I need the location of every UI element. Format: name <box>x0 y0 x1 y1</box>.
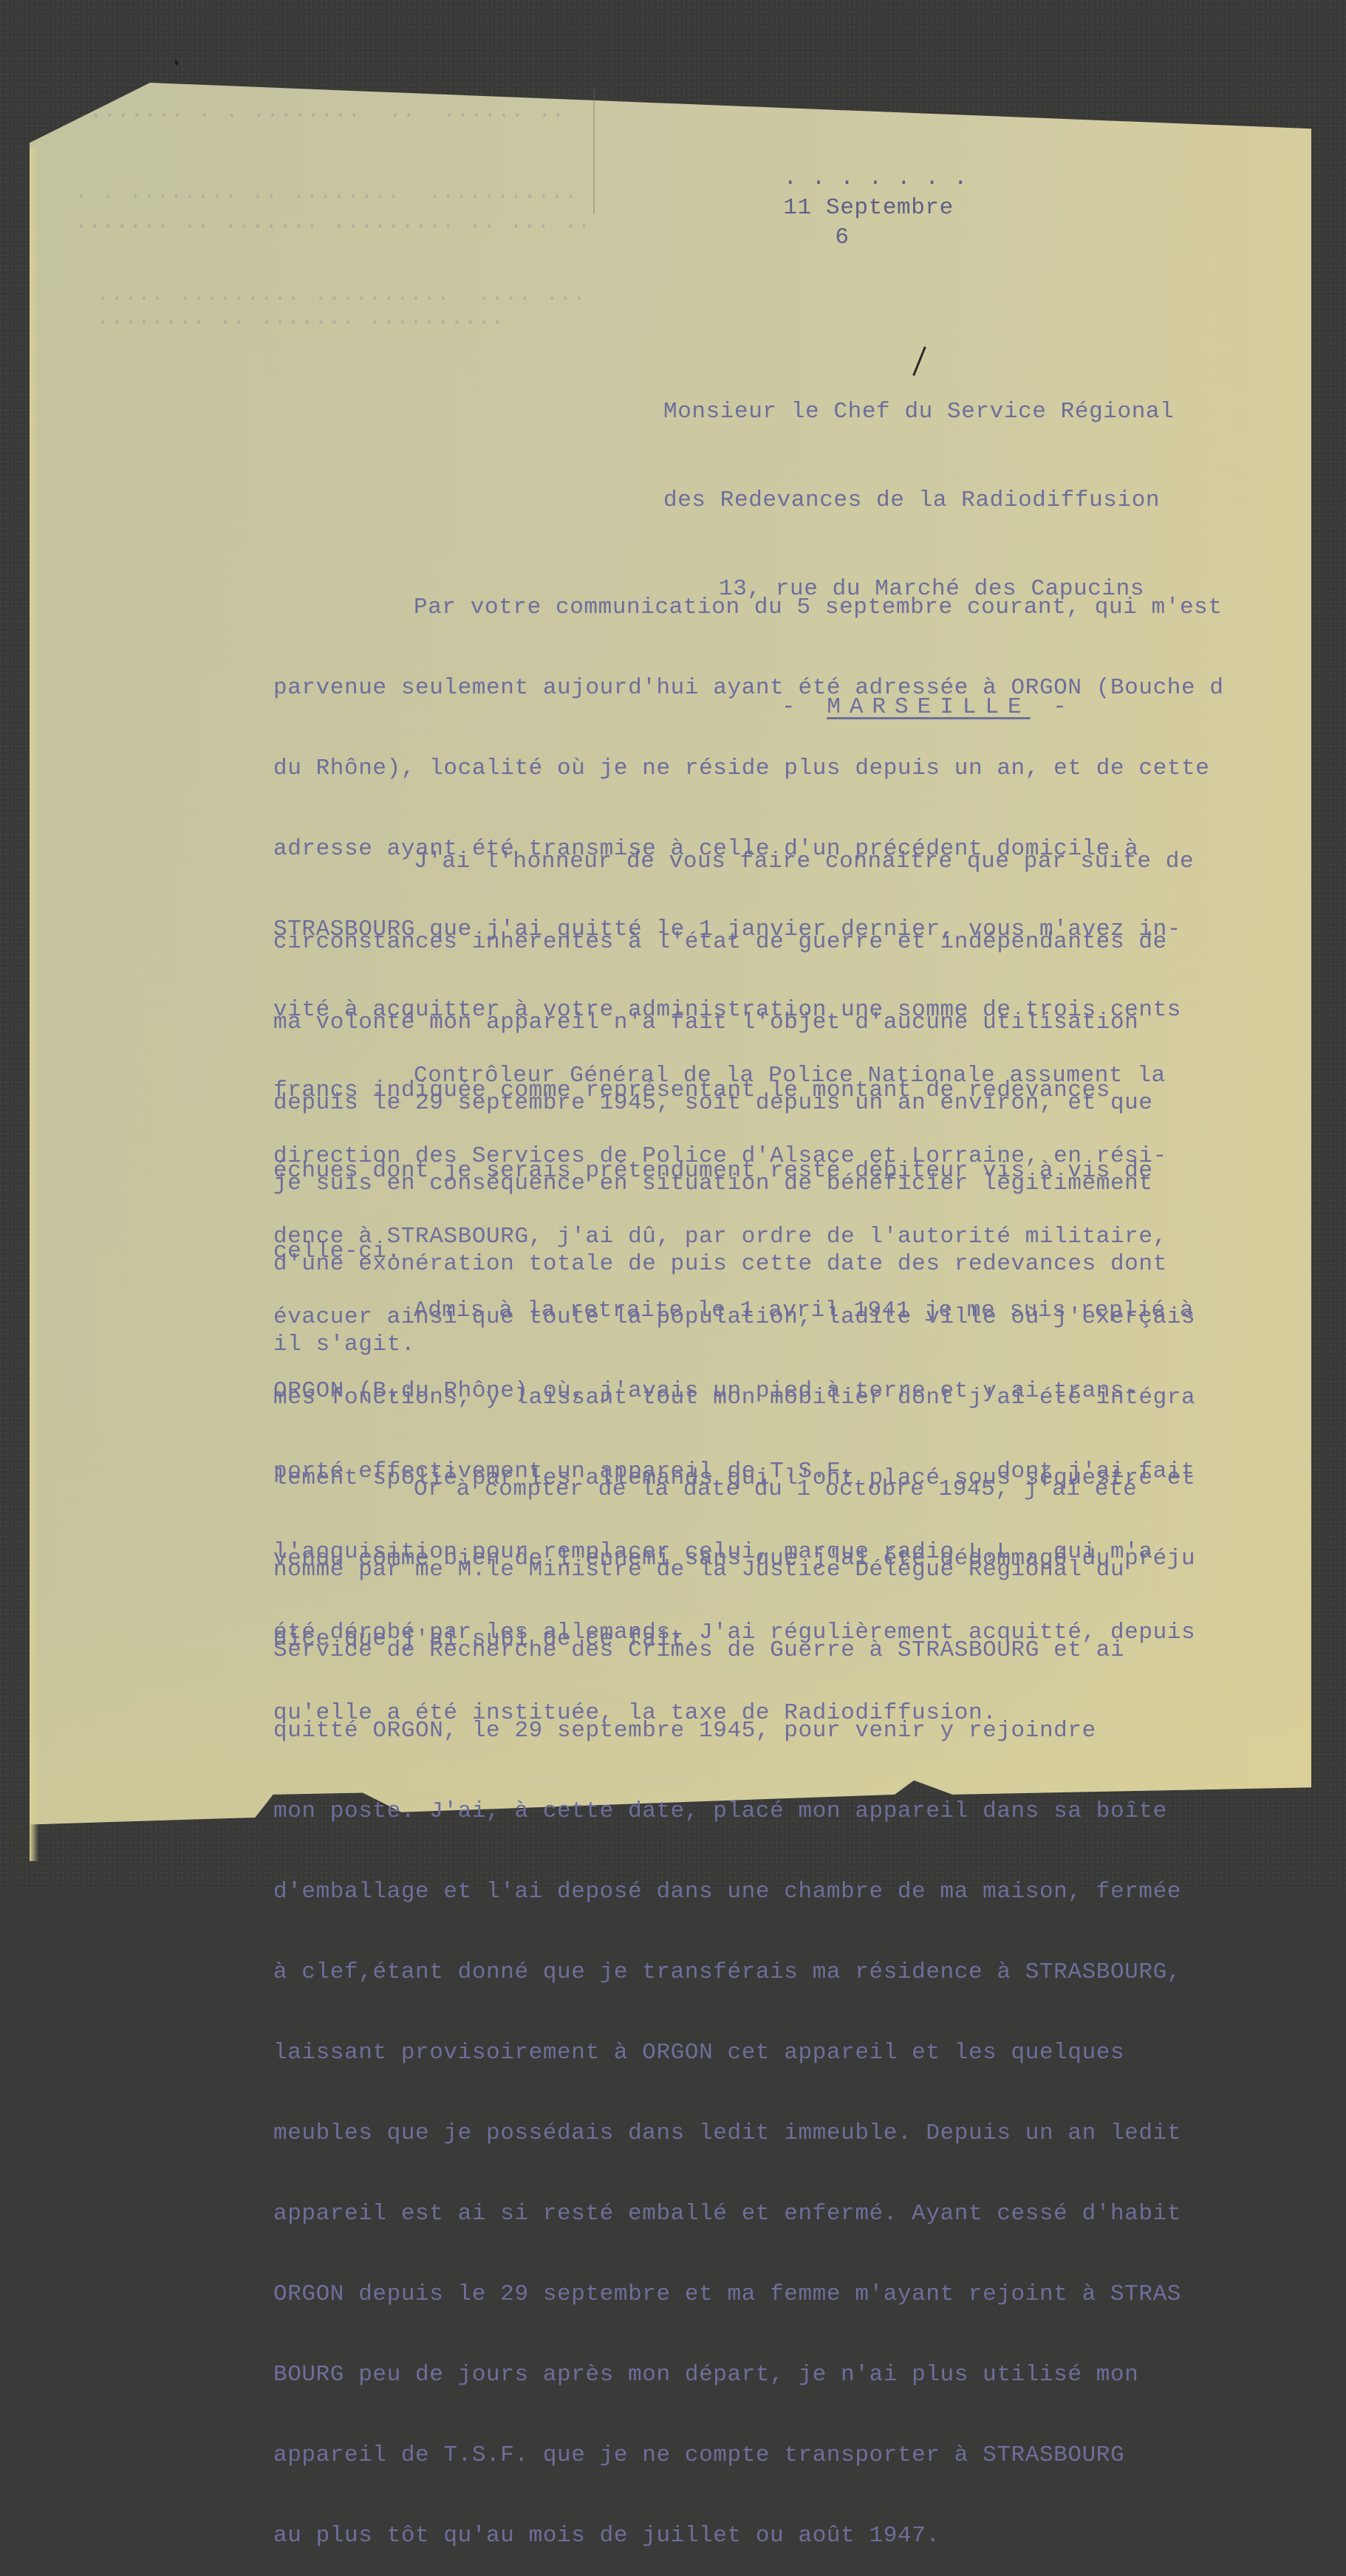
recipient-line: des Redevances de la Radiodiffusion <box>663 486 1174 515</box>
recipient-line: Monsieur le Chef du Service Régional <box>663 397 1174 427</box>
paragraph-line: Par votre communication du 5 septembre c… <box>273 597 1224 618</box>
bleed-through-line: ·········· ······· ·· ········ <box>96 310 504 335</box>
paragraph-line: ORGON (B.du Rhône) où, j'avais un pied à… <box>273 1380 1195 1402</box>
paper-edge <box>30 148 38 1861</box>
paragraph-line: Contrôleur Général de la Police National… <box>273 1065 1195 1086</box>
paragraph-line: J'ai l'honneur de vous faire connaitre q… <box>273 851 1194 872</box>
letter-date: 11 Septembre <box>783 195 953 221</box>
paragraph-line: Admis à la retraite le 1 avril 1941 je m… <box>273 1300 1195 1321</box>
paragraph-line: nommé par me M.le Ministre de la Justice… <box>273 1559 1181 1580</box>
bleed-through-line: ··· ···· ·········· ········· ····· <box>96 287 586 311</box>
bleed-through-line: ·· ··· ·· ········· ······· ·· ······· <box>74 214 590 239</box>
paragraph-line: direction des Services de Police d'Alsac… <box>273 1145 1195 1167</box>
paragraph-line: Or à compter de la date du 1 octobre 194… <box>273 1479 1181 1500</box>
paragraph-line: quitté ORGON, le 29 septembre 1945, pour… <box>273 1720 1181 1741</box>
bleed-through-line: ·· ······ ·· ········ · · ······· <box>89 103 564 128</box>
date-prefix: . . . . . . . <box>783 165 968 191</box>
paragraph-line: du Rhône), localité où je ne réside plus… <box>273 758 1224 779</box>
paragraph-line: Service de Recherche des Crimes de Guerr… <box>273 1640 1181 1661</box>
letter-paragraph: Or à compter de la date du 1 octobre 194… <box>273 1419 1181 1891</box>
paragraph-line: parvenue seulement aujourd'hui ayant été… <box>273 677 1224 699</box>
letter-date-line: . . . . . . . 11 Septembre 6 <box>755 134 968 253</box>
bleed-through-line: ··········· ········ ·· ········ · · <box>74 185 577 209</box>
paragraph-line: circonstances inhérentes à l'état de gue… <box>273 931 1194 953</box>
page-mark: 6 <box>835 223 849 253</box>
paper-crease <box>593 89 595 214</box>
paragraph-line: mon poste. J'ai, à cette date, placé mon… <box>273 1801 1181 1822</box>
paragraph-line: d'emballage et l'ai deposé dans une cham… <box>273 1881 1181 1891</box>
